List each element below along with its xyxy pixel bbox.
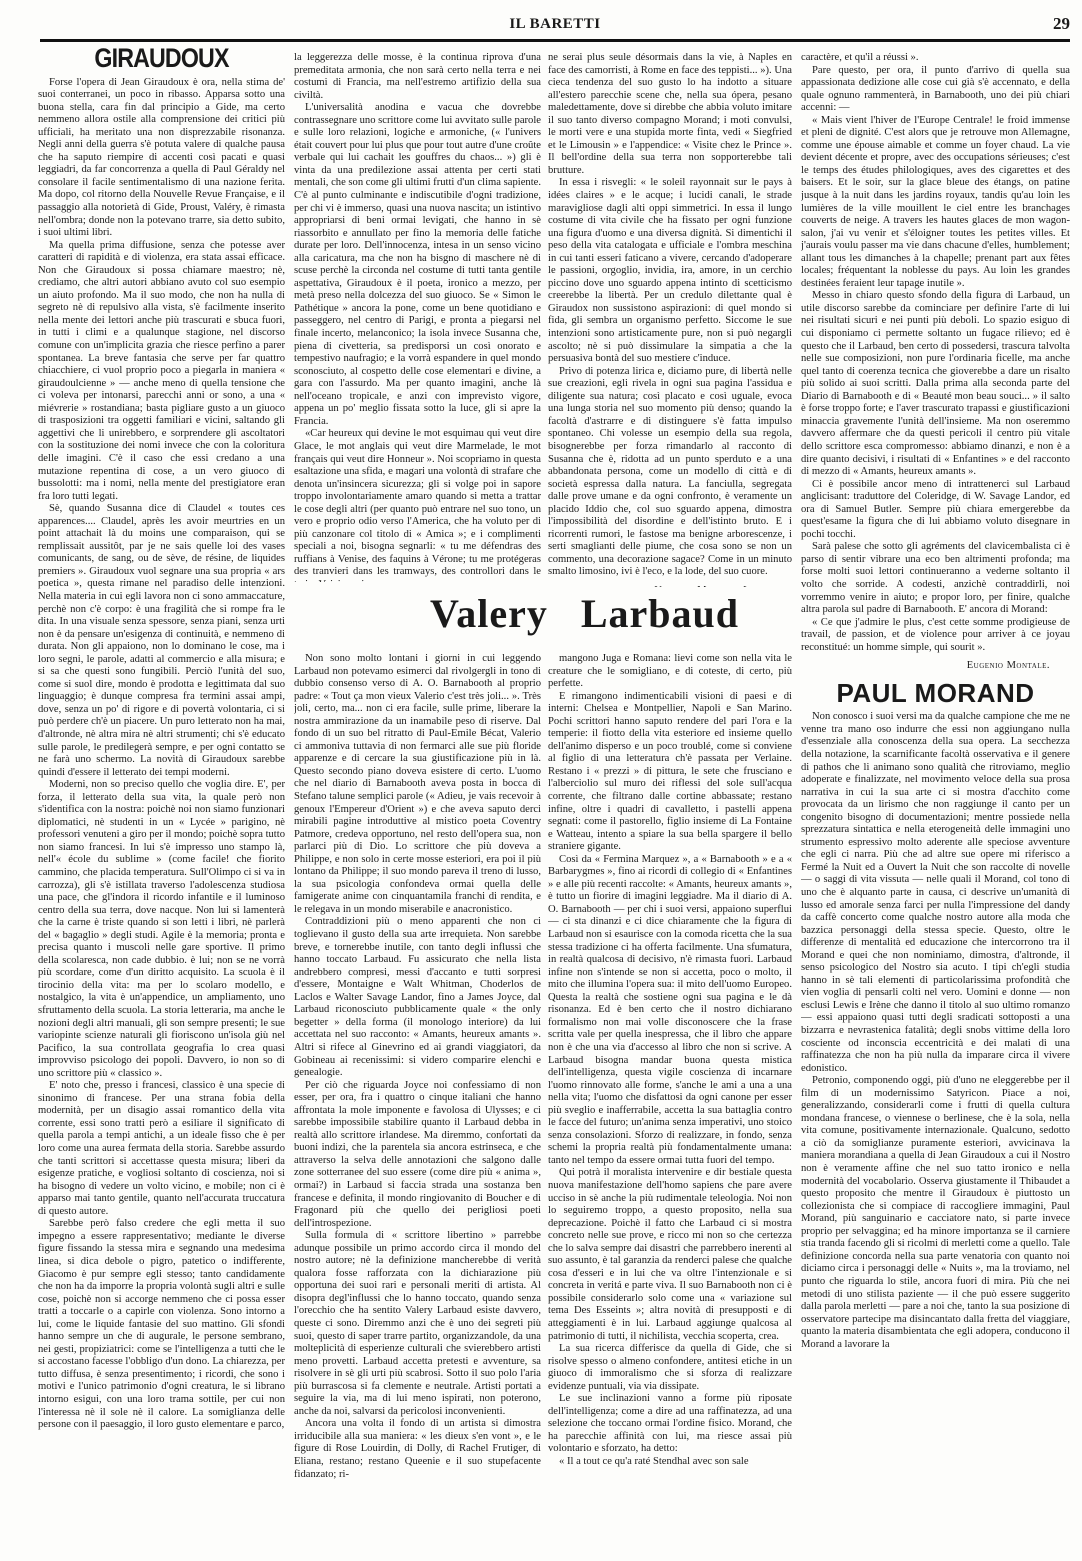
author-signature: Umberto Morra di Lavriano. bbox=[548, 585, 788, 587]
paragraph: ne serai plus seule désormais dans la vi… bbox=[548, 52, 792, 177]
paragraph: Non conosco i suoi versi ma da qualche c… bbox=[801, 711, 1070, 1075]
paragraph: Pare questo, per ora, il punto d'arrivo … bbox=[801, 65, 1070, 115]
paragraph: Moderni, non so preciso quello che vogli… bbox=[38, 779, 285, 1080]
paragraph: « Ce que j'admire le plus, c'est cette s… bbox=[801, 617, 1070, 655]
paragraph: Sarà palese che sotto gli agréments del … bbox=[801, 541, 1070, 616]
paragraph: Sulla formula di « scrittore libertino »… bbox=[294, 1230, 541, 1418]
paragraph: Petronio, componendo oggi, più d'uno ne … bbox=[801, 1075, 1070, 1351]
column-3-lower: mangono Juga e Romana: lievi come son ne… bbox=[548, 653, 792, 1533]
column-3-upper: ne serai plus seule désormais dans la vi… bbox=[548, 52, 792, 587]
paragraph: Sè, quando Susanna dice di Claudel « tou… bbox=[38, 503, 285, 779]
paragraph: Così da « Fermina Marquez », a « Barnabo… bbox=[548, 854, 792, 1168]
publication-title: IL BARETTI bbox=[40, 16, 1070, 33]
paragraph: Ancora una volta il fondo di un artista … bbox=[294, 1418, 541, 1481]
paragraph: Ci è possibile ancor meno di intrattener… bbox=[801, 479, 1070, 542]
article-title-morand: PAUL MORAND bbox=[801, 687, 1070, 700]
paragraph: mangono Juga e Romana: lievi come son ne… bbox=[548, 653, 792, 691]
column-4: caractère, et qu'il a réussi ». Pare que… bbox=[801, 52, 1070, 1542]
paragraph: Ma quella prima diffusione, senza che po… bbox=[38, 240, 285, 503]
page-number: 29 bbox=[1053, 14, 1070, 34]
column-1: GIRAUDOUX Forse l'opera di Jean Giraudou… bbox=[38, 52, 285, 1432]
paragraph: « Mais vient l'hiver de l'Europe Central… bbox=[801, 115, 1070, 291]
paragraph: In essa i risvegli: « le soleil rayonnai… bbox=[548, 177, 792, 365]
paragraph: «Car heureux qui devine le mot esquimau … bbox=[294, 428, 541, 582]
running-head: IL BARETTI 29 bbox=[40, 16, 1070, 38]
header-rule bbox=[40, 39, 1070, 42]
title-word: Valery bbox=[430, 590, 548, 637]
article-title-giraudoux: GIRAUDOUX bbox=[55, 52, 267, 65]
column-2-upper: la leggerezza delle mosse, è la continua… bbox=[294, 52, 541, 582]
paragraph: E' noto che, presso i francesi, classico… bbox=[38, 1080, 285, 1218]
title-word: Larbaud bbox=[581, 590, 739, 637]
paragraph: E rimangono indimenticabili visioni di p… bbox=[548, 691, 792, 854]
paragraph: caractère, et qu'il a réussi ». bbox=[801, 52, 1070, 65]
paragraph: La sua ricerca differisce da quella di G… bbox=[548, 1343, 792, 1393]
paragraph: « Il a tout ce qu'a raté Stendhal avec s… bbox=[548, 1456, 792, 1469]
column-2-lower: Non sono molto lontani i giorni in cui l… bbox=[294, 653, 541, 1533]
paragraph: Le sue inclinazioni vanno a forme più ri… bbox=[548, 1393, 792, 1456]
paragraph: Contraddizioni più o meno apparenti che … bbox=[294, 916, 541, 1079]
paragraph: Qui potrà il moralista intervenire e dir… bbox=[548, 1167, 792, 1343]
paragraph: Forse l'opera di Jean Giraudoux è ora, n… bbox=[38, 77, 285, 240]
paragraph: L'universalità anodina e vacua che dovre… bbox=[294, 102, 541, 428]
paragraph: Privo di potenza lirica e, diciamo pure,… bbox=[548, 366, 792, 579]
paragraph: Per ciò che riguarda Joyce noi confessia… bbox=[294, 1080, 541, 1231]
newspaper-page: IL BARETTI 29 GIRAUDOUX Forse l'opera di… bbox=[0, 0, 1082, 1561]
author-signature: Eugenio Montale. bbox=[801, 660, 1050, 673]
article-title-larbaud: Valery Larbaud bbox=[430, 590, 860, 637]
paragraph: la leggerezza delle mosse, è la continua… bbox=[294, 52, 541, 102]
paragraph: Non sono molto lontani i giorni in cui l… bbox=[294, 653, 541, 916]
paragraph: Messo in chiaro questo sfondo della figu… bbox=[801, 290, 1070, 478]
paragraph: Sarebbe però falso credere che egli mett… bbox=[38, 1218, 285, 1431]
